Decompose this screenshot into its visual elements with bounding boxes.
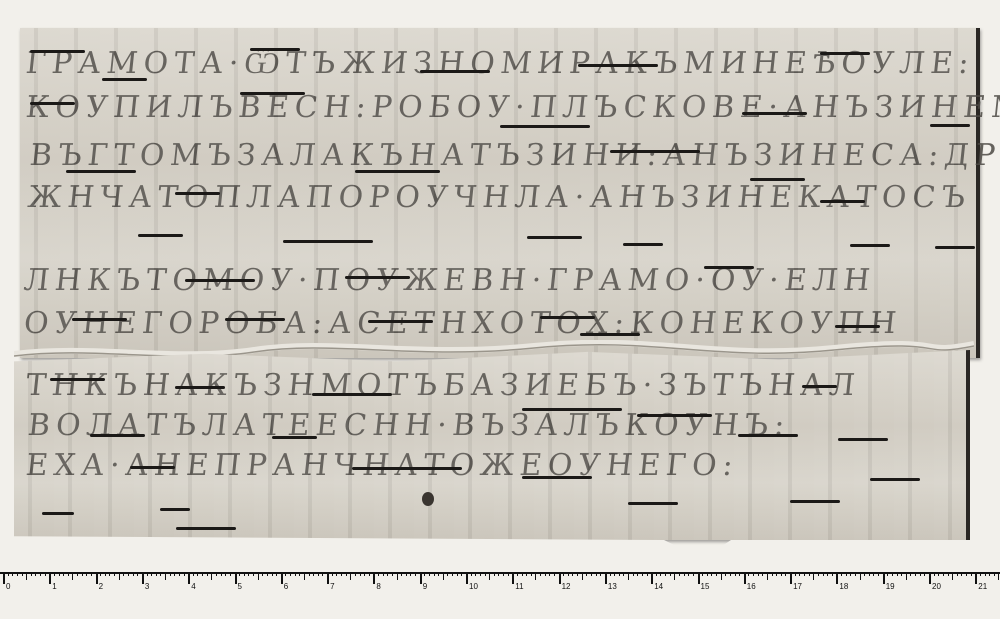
ruler-tick — [82, 572, 83, 576]
ruler-tick — [943, 572, 944, 576]
ruler-tick — [369, 572, 370, 576]
ruler-tick — [392, 572, 393, 576]
ruler-tick — [211, 572, 212, 580]
ruler-tick — [887, 572, 888, 576]
ruler-tick — [910, 572, 911, 576]
ruler-tick — [248, 572, 249, 576]
ruler-tick — [614, 572, 615, 576]
ruler-tick — [776, 572, 777, 576]
ruler-tick — [221, 572, 222, 576]
ruler-tick — [721, 572, 722, 580]
ruler-tick — [711, 572, 712, 576]
ruler-tick — [508, 572, 509, 576]
ruler-tick — [471, 572, 472, 576]
ruler-tick — [748, 572, 749, 576]
ruler-label: 14 — [654, 582, 663, 591]
ruler-tick — [457, 572, 458, 576]
ruler-tick — [346, 572, 347, 576]
ruler-tick — [225, 572, 226, 576]
ruler-label: 1 — [52, 582, 56, 591]
ruler-tick — [637, 572, 638, 576]
ruler-tick — [45, 572, 46, 576]
ruler-tick — [920, 572, 921, 576]
ruler-tick — [522, 572, 523, 576]
ruler-tick — [96, 572, 98, 584]
ruler-tick — [383, 572, 384, 576]
birch-bark-upper-fragment: ГРАМОТА·ѾТЪЖИЗНОМИРАКЪМИНЕѢОУЛЕ: КОУПИЛЪ… — [20, 28, 980, 358]
ruler-tick — [596, 572, 597, 576]
ruler-label: 20 — [932, 582, 941, 591]
ruler-tick — [309, 572, 310, 576]
ruler-tick — [660, 572, 661, 576]
ruler-tick — [258, 572, 259, 580]
ruler-tick — [577, 572, 578, 576]
ruler-tick — [364, 572, 365, 576]
ruler-tick — [475, 572, 476, 576]
ruler-tick — [91, 572, 92, 576]
ruler-tick — [322, 572, 323, 576]
ruler-tick — [230, 572, 231, 576]
ruler-tick — [350, 572, 351, 580]
ruler-tick — [387, 572, 388, 576]
ruler-tick — [447, 572, 448, 576]
ruler-tick — [818, 572, 819, 576]
ruler-tick — [929, 572, 931, 584]
ruler-tick — [684, 572, 685, 576]
ruler-tick — [235, 572, 237, 584]
ruler-tick — [40, 572, 41, 576]
ruler-tick — [753, 572, 754, 576]
ruler-label: 19 — [886, 582, 895, 591]
ruler-tick — [554, 572, 555, 576]
ruler-tick — [438, 572, 439, 576]
ruler-tick — [295, 572, 296, 576]
ruler-tick — [304, 572, 305, 580]
ruler-tick — [924, 572, 925, 576]
ruler-tick — [165, 572, 166, 580]
ruler-tick — [378, 572, 379, 576]
ruler-tick — [878, 572, 879, 576]
ruler-tick — [531, 572, 532, 576]
ruler-tick — [128, 572, 129, 576]
ruler-tick — [813, 572, 814, 580]
ruler-tick — [938, 572, 939, 576]
ruler-tick — [332, 572, 333, 576]
ruler-tick — [961, 572, 962, 576]
ruler-tick — [151, 572, 152, 576]
ruler-tick — [299, 572, 300, 576]
ruler-tick — [823, 572, 824, 576]
ruler-label: 13 — [608, 582, 617, 591]
ruler-tick — [725, 572, 726, 576]
ruler-tick — [494, 572, 495, 576]
ruler-tick — [327, 572, 329, 584]
ruler-tick — [406, 572, 407, 576]
text-line-7: ОУНЕГОРОБА:АСЕТНХОТОХ:КОНЕКОУПН — [22, 306, 904, 341]
ruler-tick — [443, 572, 444, 580]
ruler-tick — [647, 572, 648, 576]
ruler-tick — [105, 572, 106, 576]
ruler-label: 17 — [793, 582, 802, 591]
ruler-tick — [114, 572, 115, 576]
ruler-tick — [971, 572, 972, 576]
ruler-tick — [373, 572, 375, 584]
ruler-tick — [670, 572, 671, 576]
ruler-tick — [906, 572, 907, 580]
ruler-tick — [244, 572, 245, 576]
ruler-tick — [434, 572, 435, 576]
ruler-tick — [397, 572, 398, 580]
ruler-tick — [3, 572, 5, 584]
ruler-tick — [512, 572, 514, 584]
ruler-tick — [998, 572, 999, 580]
ruler-label: 5 — [238, 582, 242, 591]
ruler-tick — [429, 572, 430, 576]
ruler-tick — [901, 572, 902, 576]
ruler-tick — [272, 572, 273, 576]
ruler-tick — [651, 572, 653, 584]
ruler-tick — [193, 572, 194, 576]
ruler-tick — [915, 572, 916, 576]
ruler-tick — [864, 572, 865, 576]
ruler-tick — [253, 572, 254, 576]
birch-bark-lower-fragment: ТНКЪНАКЪЗНМОТЪБАЗИЕБЪ·ЗЪТЪНАЛ ВОЛАТЪЛАТЕ… — [14, 350, 970, 540]
ruler-tick — [846, 572, 847, 576]
ruler-tick — [35, 572, 36, 576]
ruler-tick — [605, 572, 607, 584]
ruler-tick — [485, 572, 486, 576]
ruler-tick — [179, 572, 180, 576]
ruler-tick — [850, 572, 851, 576]
ruler-tick — [744, 572, 746, 584]
ruler-tick — [860, 572, 861, 580]
ruler-tick — [799, 572, 800, 576]
ruler-label: 3 — [145, 582, 149, 591]
ruler-tick — [804, 572, 805, 576]
ruler-tick — [989, 572, 990, 576]
ruler-label: 0 — [6, 582, 10, 591]
ruler-label: 18 — [839, 582, 848, 591]
ruler-tick — [8, 572, 9, 576]
ruler-tick — [267, 572, 268, 576]
ruler-tick — [276, 572, 277, 576]
ruler-tick — [170, 572, 171, 576]
ruler-tick — [100, 572, 101, 576]
text-line-2: КОУПИЛЪВЕСН:РОБОУ·ПЛЪСКОВЕ·АНЪЗИНЕМА: — [24, 90, 1000, 125]
ruler-tick — [216, 572, 217, 576]
ruler-tick — [832, 572, 833, 576]
ruler-tick — [869, 572, 870, 576]
ruler-tick — [739, 572, 740, 576]
ruler-tick — [461, 572, 462, 576]
ruler-tick — [758, 572, 759, 576]
ruler-tick — [31, 572, 32, 576]
ruler-tick — [781, 572, 782, 576]
ruler-label: 16 — [747, 582, 756, 591]
ruler-tick — [730, 572, 731, 576]
ruler-tick — [109, 572, 110, 576]
ruler-tick — [313, 572, 314, 576]
ruler-label: 6 — [284, 582, 288, 591]
ruler-tick — [994, 572, 995, 576]
ruler-tick — [610, 572, 611, 576]
ruler-tick — [948, 572, 949, 576]
ruler-tick — [160, 572, 161, 576]
ruler-tick — [480, 572, 481, 576]
ruler-tick — [59, 572, 60, 576]
ruler-tick — [489, 572, 490, 580]
ruler-tick — [549, 572, 550, 576]
ruler-tick — [619, 572, 620, 576]
ruler-label: 8 — [376, 582, 380, 591]
ruler-tick — [336, 572, 337, 576]
ruler-tick — [656, 572, 657, 576]
ruler-tick — [623, 572, 624, 576]
ruler-tick — [72, 572, 73, 580]
ruler-tick — [285, 572, 286, 576]
text-line-4: ЖНЧАТОПЛАПОРОУЧНЛА·АНЪЗИНЕКАТОСЪ — [26, 180, 973, 215]
ruler-tick — [424, 572, 425, 576]
ruler-tick — [980, 572, 981, 576]
ruler-tick — [966, 572, 967, 576]
ruler-tick — [341, 572, 342, 576]
ruler-tick — [281, 572, 283, 584]
ruler-tick — [586, 572, 587, 576]
ruler-tick — [77, 572, 78, 576]
ruler-tick — [355, 572, 356, 576]
ruler-tick — [156, 572, 157, 576]
hole — [422, 492, 434, 506]
ruler-tick — [535, 572, 536, 580]
ruler-tick — [12, 572, 13, 576]
ruler-tick — [26, 572, 27, 580]
ruler-tick — [795, 572, 796, 576]
ruler-tick — [827, 572, 828, 576]
ruler-tick — [133, 572, 134, 576]
ruler-tick — [545, 572, 546, 576]
ruler-tick — [137, 572, 138, 576]
ruler-tick — [503, 572, 504, 576]
ruler-tick — [762, 572, 763, 576]
ruler-tick — [202, 572, 203, 576]
ruler-tick — [582, 572, 583, 580]
text-line-3: ВЪГТОМЪЗАЛАКЪНАТЪЗИНИ:АНЪЗИНЕСА:ДРОУ — [28, 138, 1000, 173]
ruler-tick — [466, 572, 468, 584]
ruler-label: 7 — [330, 582, 334, 591]
ruler-tick — [665, 572, 666, 576]
ruler-tick — [184, 572, 185, 576]
ruler-tick — [628, 572, 629, 580]
ruler-tick — [883, 572, 885, 584]
scale-ruler: 0123456789101112131415161718192021 — [0, 569, 1000, 599]
ruler-tick — [809, 572, 810, 576]
ruler-tick — [702, 572, 703, 576]
ruler-tick — [679, 572, 680, 576]
ruler-tick — [772, 572, 773, 576]
ruler-tick — [540, 572, 541, 576]
ruler-tick — [897, 572, 898, 576]
ruler-tick — [633, 572, 634, 576]
ruler-tick — [420, 572, 422, 584]
ruler-tick — [568, 572, 569, 576]
ruler-tick — [174, 572, 175, 576]
ruler-tick — [873, 572, 874, 576]
ruler-tick — [188, 572, 190, 584]
ruler-tick — [197, 572, 198, 576]
ruler-tick — [735, 572, 736, 576]
ruler-tick — [855, 572, 856, 576]
ruler-tick — [119, 572, 120, 580]
ruler-tick — [207, 572, 208, 576]
ruler-tick — [563, 572, 564, 576]
ruler-tick — [49, 572, 51, 584]
ruler-tick — [934, 572, 935, 576]
ruler-tick — [985, 572, 986, 576]
ruler-tick — [123, 572, 124, 576]
ruler-tick — [17, 572, 18, 576]
ruler-tick — [975, 572, 977, 584]
ruler-tick — [698, 572, 700, 584]
ruler-tick — [360, 572, 361, 576]
ruler-tick — [572, 572, 573, 576]
ruler-tick — [318, 572, 319, 576]
ruler-tick — [142, 572, 144, 584]
ruler-tick — [68, 572, 69, 576]
ruler-label: 15 — [701, 582, 710, 591]
ruler-tick — [957, 572, 958, 576]
ruler-tick — [517, 572, 518, 576]
ruler-tick — [841, 572, 842, 576]
ruler-tick — [86, 572, 87, 576]
ruler-label: 4 — [191, 582, 195, 591]
ruler-tick — [63, 572, 64, 576]
ruler-tick — [526, 572, 527, 576]
ruler-label: 9 — [423, 582, 427, 591]
ruler-tick — [262, 572, 263, 576]
ruler-tick — [22, 572, 23, 576]
ruler-tick — [600, 572, 601, 576]
ruler-tick — [401, 572, 402, 576]
ruler-label: 10 — [469, 582, 478, 591]
ruler-tick — [892, 572, 893, 576]
ruler-tick — [642, 572, 643, 576]
ruler-tick — [790, 572, 792, 584]
ruler-tick — [290, 572, 291, 576]
ruler-tick — [54, 572, 55, 576]
ruler-tick — [674, 572, 675, 580]
ruler-tick — [693, 572, 694, 576]
ruler-tick — [591, 572, 592, 576]
ruler-tick — [559, 572, 561, 584]
ruler-tick — [239, 572, 240, 576]
ruler-label: 21 — [978, 582, 987, 591]
ruler-tick — [785, 572, 786, 576]
ruler-tick — [767, 572, 768, 580]
ruler-tick — [147, 572, 148, 576]
ruler-tick — [707, 572, 708, 576]
ruler-label: 2 — [99, 582, 103, 591]
text-line-8: ТНКЪНАКЪЗНМОТЪБАЗИЕБЪ·ЗЪТЪНАЛ — [24, 368, 862, 403]
ruler-tick — [836, 572, 838, 584]
ruler-tick — [716, 572, 717, 576]
ruler-tick — [952, 572, 953, 580]
ruler-tick — [415, 572, 416, 576]
ruler-label: 12 — [562, 582, 571, 591]
ruler-tick — [452, 572, 453, 576]
ruler-label: 11 — [515, 582, 523, 591]
ruler-tick — [498, 572, 499, 576]
ruler-tick — [688, 572, 689, 576]
ruler-tick — [410, 572, 411, 576]
